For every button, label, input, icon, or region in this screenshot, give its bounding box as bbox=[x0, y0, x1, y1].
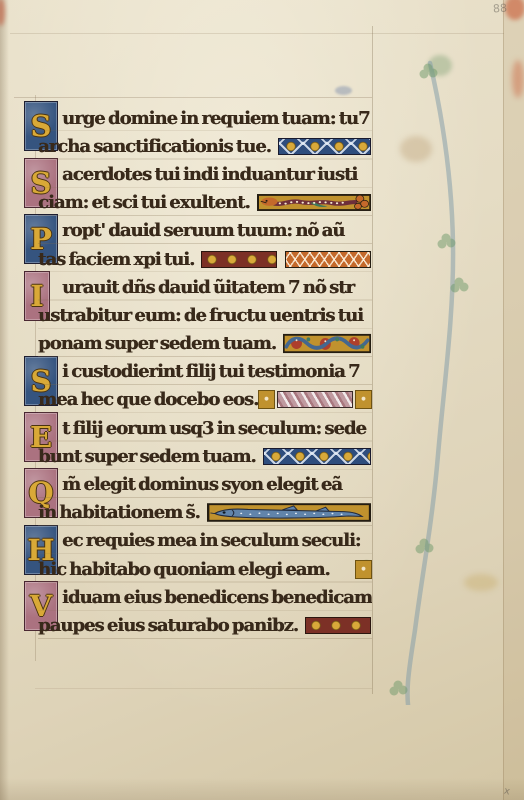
line-text: t filij eorum usq3 in seculum: sede bbox=[62, 418, 366, 439]
text-block: urge domine in requiem tuam: tu7 archa s… bbox=[38, 104, 372, 640]
line-text: archa sanctificationis tue. bbox=[38, 136, 271, 157]
vine-scroll-line-filler bbox=[283, 333, 371, 354]
text-line: ponam super sedem tuam. bbox=[38, 330, 372, 358]
text-line: iduam eius benedicens benedicam bbox=[38, 583, 372, 611]
text-line: ec requies mea in seculum seculi: bbox=[38, 527, 372, 555]
text-line: t filij eorum usq3 in seculum: sede bbox=[38, 414, 372, 442]
ruling-line-vertical-right bbox=[372, 26, 373, 694]
text-line: ustrabitur eum: de fructu uentris tui bbox=[38, 301, 372, 329]
text-line: hic habitabo quoniam elegi eam. bbox=[38, 555, 372, 583]
text-line: mea hec que docebo eos. bbox=[38, 386, 372, 414]
fish-line-filler bbox=[207, 502, 371, 523]
line-filler-gold-square bbox=[355, 390, 372, 409]
line-text: ropt' dauid seruum tuum: nõ aũ bbox=[62, 220, 344, 241]
line-text: urauit dñs dauid ũitatem 7 nõ str bbox=[62, 277, 354, 298]
line-text: acerdotes tui indi induantur iusti bbox=[62, 164, 357, 185]
text-line: urauit dñs dauid ũitatem 7 nõ str bbox=[38, 273, 372, 301]
ruling-line-text-top bbox=[14, 97, 372, 98]
manuscript-page: 88 x S S P I S E Q H V urge domine in re… bbox=[0, 0, 524, 800]
text-line: acerdotes tui indi induantur iusti bbox=[38, 160, 372, 188]
fore-edge bbox=[503, 0, 524, 800]
line-text: tas faciem xpi tui. bbox=[38, 249, 194, 270]
line-filler-blue-x-dots bbox=[263, 448, 371, 465]
line-text: in habitationem s̃. bbox=[38, 502, 200, 523]
line-text: i custodierint filij tui testimonia 7 bbox=[62, 361, 360, 382]
text-line: in habitationem s̃. bbox=[38, 499, 372, 527]
page-edge-shadow bbox=[0, 0, 9, 800]
text-line: bunt super sedem tuam. bbox=[38, 442, 372, 470]
text-line: i custodierint filij tui testimonia 7 bbox=[38, 358, 372, 386]
line-filler-maroon-gold-dots bbox=[201, 251, 277, 268]
bottom-edge-shadow bbox=[0, 778, 524, 800]
blue-smudge bbox=[335, 86, 352, 95]
line-filler-maroon-gold-dots bbox=[305, 617, 371, 634]
line-text: mea hec que docebo eos. bbox=[38, 389, 258, 410]
line-text: paupes eius saturabo panibz. bbox=[38, 615, 298, 636]
margin-vine-decoration bbox=[380, 55, 480, 705]
line-filler-pink-stripes bbox=[277, 391, 353, 408]
text-line: m̃ elegit dominus syon elegit eã bbox=[38, 470, 372, 498]
line-text: urge domine in requiem tuam: tu7 bbox=[62, 108, 370, 129]
ruling-line-horizontal-top bbox=[10, 33, 504, 34]
text-line: archa sanctificationis tue. bbox=[38, 132, 372, 160]
text-line: ropt' dauid seruum tuum: nõ aũ bbox=[38, 217, 372, 245]
dragon-line-filler bbox=[257, 192, 371, 213]
line-text: ponam super sedem tuam. bbox=[38, 333, 276, 354]
line-text: iduam eius benedicens benedicam bbox=[62, 587, 372, 608]
ruling-line-text-bottom bbox=[35, 688, 372, 689]
text-line: tas faciem xpi tui. bbox=[38, 245, 372, 273]
line-filler-blue-x-dots bbox=[278, 138, 371, 155]
text-line: paupes eius saturabo panibz. bbox=[38, 611, 372, 639]
line-text: bunt super sedem tuam. bbox=[38, 446, 256, 467]
line-text: ec requies mea in seculum seculi: bbox=[62, 530, 360, 551]
red-edge-stain bbox=[512, 60, 524, 98]
line-text: m̃ elegit dominus syon elegit eã bbox=[62, 474, 342, 495]
line-text: hic habitabo quoniam elegi eam. bbox=[38, 559, 330, 580]
text-line: ciam: et sci tui exultent. bbox=[38, 189, 372, 217]
folio-number: 88 bbox=[493, 2, 508, 16]
text-line: urge domine in requiem tuam: tu7 bbox=[38, 104, 372, 132]
line-filler-orange-chevron bbox=[285, 251, 371, 268]
red-edge-stain bbox=[505, 0, 524, 20]
line-text: ustrabitur eum: de fructu uentris tui bbox=[38, 305, 363, 326]
line-text: ciam: et sci tui exultent. bbox=[38, 192, 250, 213]
line-filler-gold-square bbox=[355, 560, 372, 579]
line-filler-gold-square bbox=[258, 390, 275, 409]
